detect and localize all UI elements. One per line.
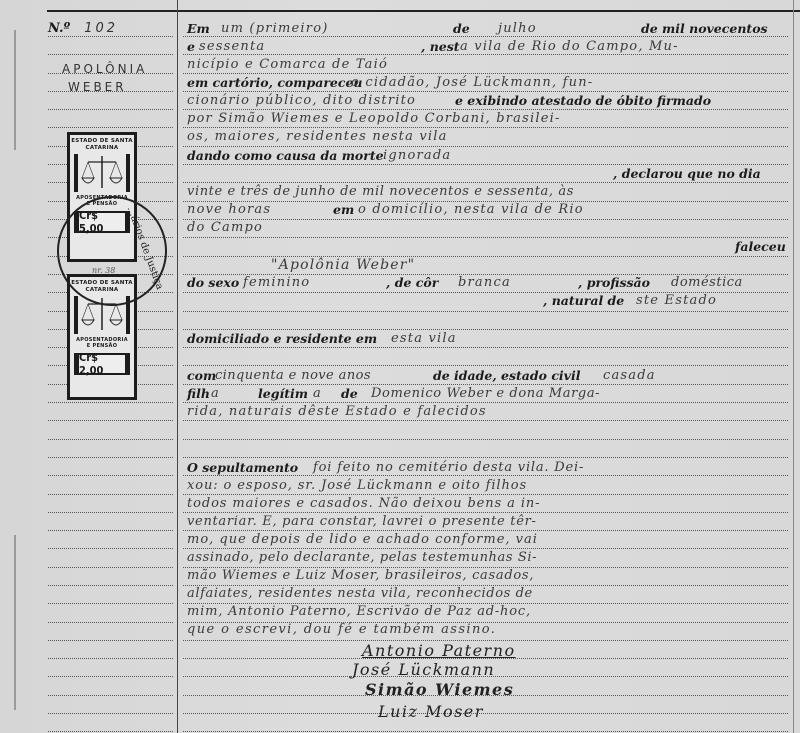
ruled-line [48, 622, 173, 623]
form-line: dando como causa da morte ignorada [183, 147, 788, 165]
form-line: O sepultamento foi feito no cemitério de… [183, 459, 788, 477]
form-line: nove horas em o domicílio, nesta vila de… [183, 201, 788, 219]
stamp-header: ESTADO DE SANTACATARINA [71, 138, 133, 152]
form-line: alfaiates, residentes nesta vila, reconh… [183, 585, 788, 603]
binding-mark [14, 535, 16, 710]
stamp-value: Cr$ 2,00 [79, 351, 125, 377]
top-rule [47, 10, 800, 12]
ruled-line [183, 713, 788, 714]
form-line: por Simão Wiemes e Leopoldo Corbani, bra… [183, 110, 788, 128]
ruled-line [48, 658, 173, 659]
ruled-line [48, 567, 173, 568]
signature-witness-1: Simão Wiemes [365, 680, 514, 699]
ruled-line [183, 311, 788, 312]
ruled-line [48, 127, 173, 128]
entry-number-label: N.º [48, 21, 70, 36]
ruled-line [48, 402, 173, 403]
ruled-line [48, 457, 173, 458]
form-line: e sessenta , nest a vila de Rio do Campo… [183, 38, 788, 56]
form-line: que o escrevi, dou fé e também assino. [183, 621, 788, 639]
ruled-line [48, 695, 173, 696]
form-line: mo, que depois de lido e achado conforme… [183, 531, 788, 549]
form-line: com cinquenta e nove anos de idade, esta… [183, 367, 788, 385]
form-line: do Campo [183, 219, 788, 237]
ruled-line [48, 109, 173, 110]
form-line: xou: o esposo, sr. José Lückmann e oito … [183, 477, 788, 495]
form-line: filh a legítim a de Domenico Weber e don… [183, 385, 788, 403]
entry-number: N.º 102 [48, 20, 173, 38]
stamp-subtitle: APOSENTADORIAE PENSÃO [76, 337, 128, 349]
form-line: todos maiores e casados. Não deixou bens… [183, 495, 788, 513]
ruled-line [48, 676, 173, 677]
scales-of-justice-icon [74, 154, 130, 192]
form-line: , declarou que no dia [183, 165, 788, 183]
death-record-page: N.º 102 APOLÔNIA WEBER ESTADO DE SANTACA… [0, 0, 800, 733]
form-line: faleceu [183, 238, 788, 256]
form-line: nicípio e Comarca de Taió [183, 56, 788, 74]
form-line: , natural de ste Estado [183, 292, 788, 310]
ruled-line [48, 603, 173, 604]
form-line: assinado, pelo declarante, pelas testemu… [183, 549, 788, 567]
ruled-line [48, 530, 173, 531]
form-line: Em um (primeiro) de julho de mil novecen… [183, 20, 788, 38]
signature-witness-2: Luiz Moser [378, 702, 484, 721]
ruled-line [183, 457, 788, 458]
entry-number-value: 102 [84, 21, 118, 36]
margin-name-line-2: WEBER [68, 78, 193, 96]
ruled-line [183, 731, 788, 732]
column-divider [177, 0, 178, 733]
ruled-line [48, 713, 173, 714]
binding-mark [14, 30, 16, 150]
ruled-line [48, 494, 173, 495]
ruled-line [183, 365, 788, 366]
form-line: ventariar. E, para constar, lavrei o pre… [183, 513, 788, 531]
form-line: cionário público, dito distrito e exibin… [183, 92, 788, 110]
form-line: vinte e três de junho de mil novecentos … [183, 183, 788, 201]
margin-name-line-1: APOLÔNIA [62, 60, 187, 78]
ruled-line [48, 640, 173, 641]
signature-registrar: Antonio Paterno [362, 641, 516, 660]
form-line: mão Wiemes e Luiz Moser, brasileiros, ca… [183, 567, 788, 585]
ruled-line [183, 439, 788, 440]
signature-declarant: José Lückmann [352, 660, 495, 679]
stamp-value-box: Cr$ 2,00 [74, 353, 130, 375]
form-line: "Apolônia Weber" [183, 256, 788, 274]
form-line: em cartório, compareceu o cidadão, José … [183, 74, 788, 92]
ruled-line [48, 585, 173, 586]
form-line: os, maiores, residentes nesta vila [183, 128, 788, 146]
ruled-line [48, 420, 173, 421]
ruled-line [48, 731, 173, 732]
form-line: rida, naturais dêste Estado e falecidos [183, 403, 788, 421]
ruled-line [48, 512, 173, 513]
form-line: domiciliado e residente em esta vila [183, 330, 788, 348]
ruled-line [48, 475, 173, 476]
ruled-line [48, 54, 173, 55]
ruled-line [48, 548, 173, 549]
form-line: mim, Antonio Paterno, Escrivão de Paz ad… [183, 603, 788, 621]
form-line: do sexo feminino , de côr branca , profi… [183, 274, 788, 292]
right-border [793, 0, 794, 733]
ruled-line [48, 439, 173, 440]
